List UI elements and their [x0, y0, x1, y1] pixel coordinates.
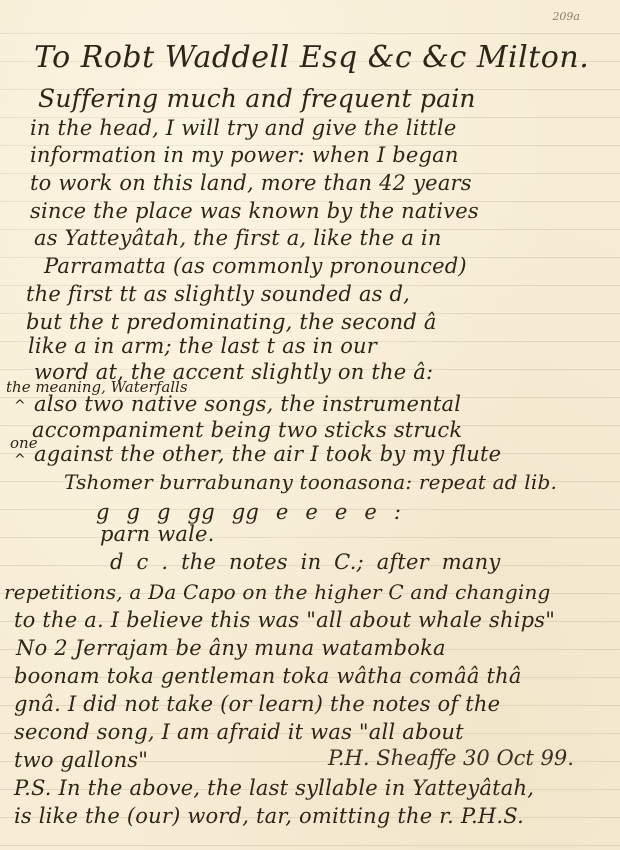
signature-and-date: P.H. Sheaffe 30 Oct 99.	[328, 746, 574, 770]
letter-line-20: to the a. I believe this was "all about …	[14, 608, 555, 632]
song-two-title-words: No 2 Jerrajam be âny muna watamboka	[16, 636, 446, 660]
letter-line-12: also two native songs, the instrumental	[34, 392, 461, 416]
postscript-line-2: is like the (our) word, tar, omitting th…	[14, 804, 524, 828]
letter-line-14: against the other, the air I took by my …	[34, 442, 501, 466]
folio-number: 209a	[552, 10, 580, 23]
letter-line-5: since the place was known by the natives	[30, 199, 479, 223]
letter-line-4: to work on this land, more than 42 years	[30, 171, 472, 195]
letter-line-23: gnâ. I did not take (or learn) the notes…	[14, 692, 500, 716]
postscript-line-1: P.S. In the above, the last syllable in …	[14, 776, 534, 800]
song-one-notes: g g g gg gg e e e e :	[96, 500, 401, 524]
letter-line-10: like a in arm; the last t as in our	[28, 334, 377, 358]
salutation: To Robt Waddell Esq &c &c Milton.	[34, 40, 589, 75]
letter-line-9: but the t predominating, the second â	[26, 310, 437, 334]
letter-line-6: as Yatteyâtah, the first a, like the a i…	[34, 226, 442, 250]
song-two-words-cont: boonam toka gentleman toka wâtha comââ t…	[14, 664, 522, 688]
insertion-caret-1: ^	[14, 398, 26, 414]
letter-line-2: in the head, I will try and give the lit…	[30, 116, 456, 140]
letter-line-19: repetitions, a Da Capo on the higher C a…	[4, 580, 551, 604]
manuscript-page: 209a To Robt Waddell Esq &c &c Milton. S…	[0, 0, 620, 850]
letter-line-13: accompaniment being two sticks struck	[32, 418, 462, 442]
letter-line-1: Suffering much and frequent pain	[38, 84, 476, 113]
letter-line-7: Parramatta (as commonly pronounced)	[44, 254, 467, 278]
letter-line-8: the first tt as slightly sounded as d,	[26, 282, 410, 306]
song-one-ending-notes: d c . the notes in C.; after many	[110, 550, 500, 574]
letter-line-25: two gallons"	[14, 748, 148, 772]
song-one-words: Tshomer burrabunany toonasona: repeat ad…	[64, 470, 557, 494]
letter-line-24: second song, I am afraid it was "all abo…	[14, 720, 464, 744]
insertion-caret-2: ^	[14, 452, 26, 468]
letter-line-3: information in my power: when I began	[30, 143, 459, 167]
song-one-ending-words: parn wale.	[100, 522, 215, 546]
